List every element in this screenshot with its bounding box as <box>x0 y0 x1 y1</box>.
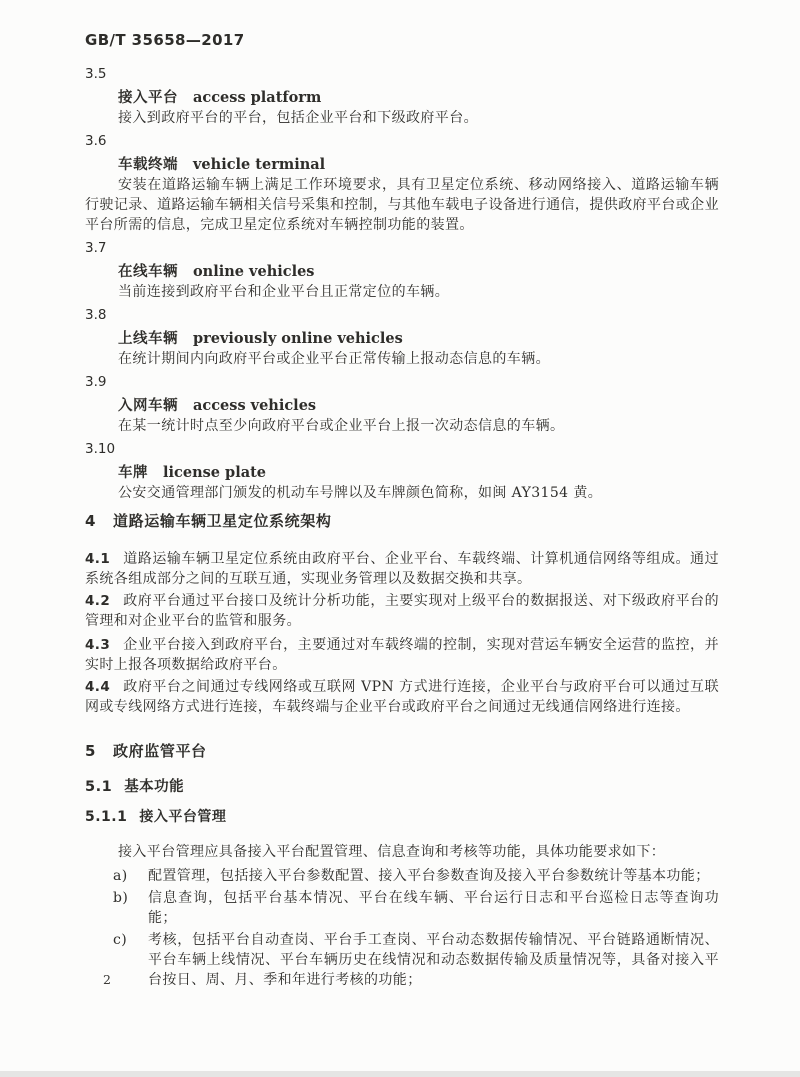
list-intro: 接入平台管理应具备接入平台配置管理、信息查询和考核等功能，具体功能要求如下： <box>85 842 719 862</box>
clause-number: 3.7 <box>85 238 719 258</box>
section-title: 接入平台管理 <box>139 809 226 825</box>
clause-number: 3.6 <box>85 131 719 151</box>
clause-number: 3.10 <box>85 439 719 459</box>
term-zh: 车载终端 <box>118 157 178 173</box>
clause-text: 政府平台通过平台接口及统计分析功能，主要实现对上级平台的数据报送、对下级政府平台… <box>85 593 719 629</box>
term-entry-3-5: 3.5 接入平台access platform 接入到政府平台的平台，包括企业平… <box>85 64 719 128</box>
term-definition: 安装在道路运输车辆上满足工作环境要求，具有卫星定位系统、移动网络接入、道路运输车… <box>85 175 719 235</box>
list-item-c: c)考核，包括平台自动查岗、平台手工查岗、平台动态数据传输情况、平台链路通断情况… <box>85 930 719 990</box>
term-zh: 入网车辆 <box>118 398 178 414</box>
list-marker: b) <box>113 888 128 908</box>
term-en: license plate <box>163 464 266 481</box>
clause-number: 3.8 <box>85 305 719 325</box>
list-item-a: a)配置管理，包括接入平台参数配置、接入平台参数查询及接入平台参数统计等基本功能… <box>85 866 719 886</box>
list-text: 信息查询，包括平台基本情况、平台在线车辆、平台运行日志和平台巡检日志等查询功能； <box>148 890 719 926</box>
clause-number: 3.5 <box>85 64 719 84</box>
clause-number: 4.2 <box>85 593 110 609</box>
term-title: 在线车辆online vehicles <box>85 262 719 282</box>
term-definition: 在某一统计时点至少向政府平台或企业平台上报一次动态信息的车辆。 <box>85 416 719 436</box>
term-title: 接入平台access platform <box>85 88 719 108</box>
term-zh: 上线车辆 <box>118 331 178 347</box>
section-title: 道路运输车辆卫星定位系统架构 <box>113 512 331 530</box>
standard-number: GB/T 35658—2017 <box>85 30 719 51</box>
list-item-b: b)信息查询，包括平台基本情况、平台在线车辆、平台运行日志和平台巡检日志等查询功… <box>85 888 719 928</box>
clause-text: 政府平台之间通过专线网络或互联网 VPN 方式进行连接，企业平台与政府平台可以通… <box>85 679 719 715</box>
section-title: 基本功能 <box>124 779 184 795</box>
section-number: 5.1 <box>85 779 112 795</box>
term-definition: 当前连接到政府平台和企业平台且正常定位的车辆。 <box>85 282 719 302</box>
term-en: access platform <box>193 89 321 106</box>
term-title: 入网车辆access vehicles <box>85 396 719 416</box>
term-title: 车载终端vehicle terminal <box>85 155 719 175</box>
section-number: 5 <box>85 742 96 760</box>
clause-4-1: 4.1道路运输车辆卫星定位系统由政府平台、企业平台、车载终端、计算机通信网络等组… <box>85 549 719 589</box>
term-entry-3-6: 3.6 车载终端vehicle terminal 安装在道路运输车辆上满足工作环… <box>85 131 719 235</box>
section-4-heading: 4道路运输车辆卫星定位系统架构 <box>85 511 719 531</box>
term-entry-3-10: 3.10 车牌license plate 公安交通管理部门颁发的机动车号牌以及车… <box>85 439 719 503</box>
section-title: 政府监管平台 <box>113 742 207 760</box>
term-zh: 在线车辆 <box>118 264 178 280</box>
clause-4-3: 4.3企业平台接入到政府平台，主要通过对车载终端的控制，实现对营运车辆安全运营的… <box>85 635 719 675</box>
list-text: 配置管理，包括接入平台参数配置、接入平台参数查询及接入平台参数统计等基本功能； <box>148 868 710 884</box>
section-5-1-heading: 5.1基本功能 <box>85 777 719 797</box>
clause-number: 3.9 <box>85 372 719 392</box>
section-5-heading: 5政府监管平台 <box>85 741 719 761</box>
section-number: 5.1.1 <box>85 809 127 825</box>
document-page: GB/T 35658—2017 3.5 接入平台access platform … <box>0 0 800 1077</box>
term-definition: 接入到政府平台的平台，包括企业平台和下级政府平台。 <box>85 108 719 128</box>
list-marker: c) <box>113 930 127 950</box>
term-entry-3-9: 3.9 入网车辆access vehicles 在某一统计时点至少向政府平台或企… <box>85 372 719 436</box>
list-marker: a) <box>113 866 128 886</box>
clause-text: 企业平台接入到政府平台，主要通过对车载终端的控制，实现对营运车辆安全运营的监控，… <box>85 637 719 673</box>
page-number: 2 <box>103 972 111 988</box>
scan-edge-shadow <box>0 1071 800 1077</box>
section-5-1-1-heading: 5.1.1接入平台管理 <box>85 807 719 827</box>
term-entry-3-7: 3.7 在线车辆online vehicles 当前连接到政府平台和企业平台且正… <box>85 238 719 302</box>
clause-number: 4.4 <box>85 679 110 695</box>
clause-4-2: 4.2政府平台通过平台接口及统计分析功能，主要实现对上级平台的数据报送、对下级政… <box>85 591 719 631</box>
term-en: online vehicles <box>193 263 314 280</box>
term-zh: 车牌 <box>118 465 148 481</box>
term-title: 车牌license plate <box>85 463 719 483</box>
clause-number: 4.3 <box>85 637 110 653</box>
term-en: previously online vehicles <box>193 330 403 347</box>
list-text: 考核，包括平台自动查岗、平台手工查岗、平台动态数据传输情况、平台链路通断情况、平… <box>148 932 719 988</box>
clause-number: 4.1 <box>85 551 110 567</box>
clause-text: 道路运输车辆卫星定位系统由政府平台、企业平台、车载终端、计算机通信网络等组成。通… <box>85 551 719 587</box>
clause-4-4: 4.4政府平台之间通过专线网络或互联网 VPN 方式进行连接，企业平台与政府平台… <box>85 677 719 717</box>
term-definition: 公安交通管理部门颁发的机动车号牌以及车牌颜色简称，如闽 AY3154 黄。 <box>85 483 719 503</box>
section-number: 4 <box>85 512 96 530</box>
term-zh: 接入平台 <box>118 90 178 106</box>
term-definition: 在统计期间内向政府平台或企业平台正常传输上报动态信息的车辆。 <box>85 349 719 369</box>
term-en: vehicle terminal <box>193 156 325 173</box>
term-en: access vehicles <box>193 397 316 414</box>
page-content: GB/T 35658—2017 3.5 接入平台access platform … <box>85 30 719 990</box>
term-entry-3-8: 3.8 上线车辆previously online vehicles 在统计期间… <box>85 305 719 369</box>
term-title: 上线车辆previously online vehicles <box>85 329 719 349</box>
